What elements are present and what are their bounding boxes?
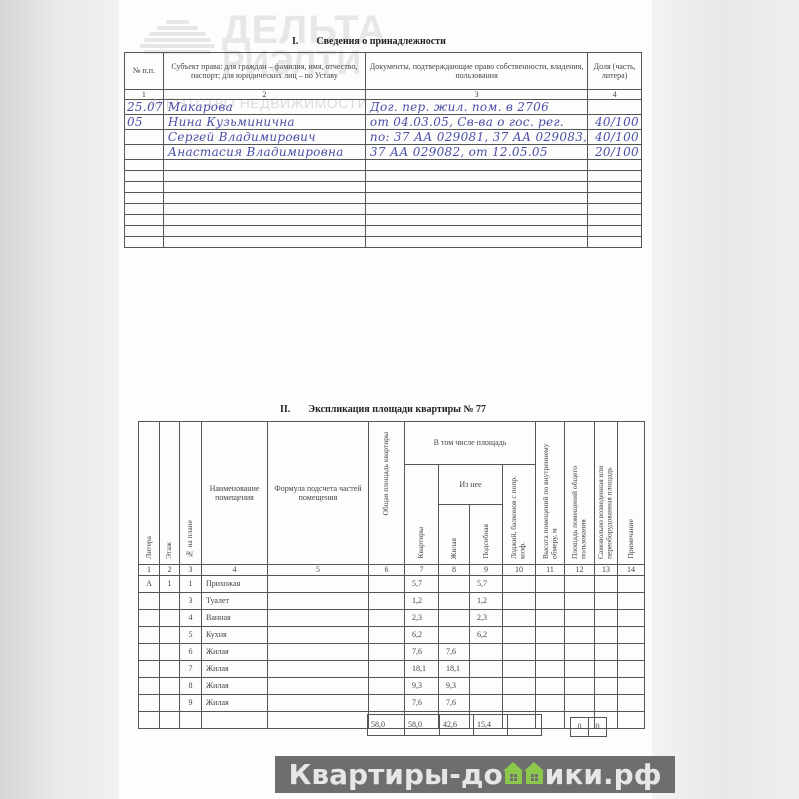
height-cell bbox=[536, 593, 565, 610]
auxiliary-area-sum: 15,4 bbox=[474, 715, 508, 736]
litera-cell bbox=[139, 627, 160, 644]
header-total-area: Общая площадь квартиры bbox=[369, 422, 405, 565]
empty-cell bbox=[163, 237, 365, 248]
handwritten-number: 25.07 bbox=[125, 100, 164, 115]
empty-cell bbox=[588, 204, 642, 215]
litera-cell bbox=[139, 678, 160, 695]
common-area-cell bbox=[565, 593, 595, 610]
empty-cell bbox=[588, 171, 642, 182]
total-area-cell bbox=[369, 678, 405, 695]
room-name-cell bbox=[202, 712, 268, 729]
living-area-cell: 9,3 bbox=[439, 678, 470, 695]
height-cell bbox=[536, 661, 565, 678]
auxiliary-area-cell: 2,3 bbox=[470, 610, 503, 627]
empty-cell bbox=[588, 237, 642, 248]
table-row-empty bbox=[125, 182, 642, 193]
empty-cell bbox=[125, 237, 164, 248]
empty-cell bbox=[588, 182, 642, 193]
table-row: 05 Нина Кузьминична от 04.03.05, Св-ва о… bbox=[125, 115, 642, 130]
formula-cell bbox=[268, 593, 369, 610]
index-cell: 2 bbox=[163, 90, 365, 100]
note-cell bbox=[618, 576, 645, 593]
empty-cell bbox=[163, 193, 365, 204]
empty-cell bbox=[163, 160, 365, 171]
header-plan-number: № на плане bbox=[180, 422, 202, 565]
handwritten-subject: Сергей Владимирович bbox=[163, 130, 365, 145]
header-auxiliary: Подсобная bbox=[470, 505, 503, 565]
total-area-cell bbox=[369, 593, 405, 610]
loggias-cell bbox=[503, 695, 536, 712]
plan-number-cell: 4 bbox=[180, 610, 202, 627]
formula-cell bbox=[268, 610, 369, 627]
unauthorized-area-cell bbox=[595, 610, 618, 627]
loggias-cell bbox=[503, 576, 536, 593]
litera-cell bbox=[139, 593, 160, 610]
empty-cell bbox=[365, 193, 587, 204]
unauthorized-area-cell bbox=[595, 593, 618, 610]
loggias-cell bbox=[503, 627, 536, 644]
common-area-cell bbox=[565, 661, 595, 678]
handwritten-document: 37 АА 029082, от 12.05.05 bbox=[365, 145, 587, 160]
header-loggias: Лоджий, балконов с попр. коэф. bbox=[503, 465, 536, 565]
column-index-cell: 3 bbox=[180, 565, 202, 576]
loggias-cell bbox=[503, 593, 536, 610]
apartment-area-cell: 5,7 bbox=[405, 576, 439, 593]
height-cell bbox=[536, 627, 565, 644]
empty-cell bbox=[365, 215, 587, 226]
empty-cell bbox=[125, 182, 164, 193]
table-row: 7Жилая18,118,1 bbox=[139, 661, 645, 678]
handwritten-share bbox=[588, 100, 642, 115]
header-note: Примечание bbox=[618, 422, 645, 565]
house-icon bbox=[524, 762, 545, 784]
column-index-cell: 8 bbox=[439, 565, 470, 576]
living-area-cell bbox=[439, 593, 470, 610]
auxiliary-area-cell: 1,2 bbox=[470, 593, 503, 610]
plan-number-cell: 9 bbox=[180, 695, 202, 712]
handwritten-share: 40/100 bbox=[588, 115, 642, 130]
litera-cell bbox=[139, 610, 160, 627]
handwritten-subject: Макарова bbox=[163, 100, 365, 115]
section1-number: I. bbox=[292, 36, 298, 47]
header-litera: Литера bbox=[139, 422, 160, 565]
header-unauthorized-area: Самовольно возведенная или переоборудова… bbox=[595, 422, 618, 565]
total-area-cell bbox=[369, 576, 405, 593]
living-area-cell: 7,6 bbox=[439, 695, 470, 712]
header-of-which: Из нее bbox=[439, 465, 503, 505]
apartment-area-cell: 2,3 bbox=[405, 610, 439, 627]
table-row: 4Ванная2,32,3 bbox=[139, 610, 645, 627]
header-formula: Формула подсчета частей помещения bbox=[268, 422, 369, 565]
handwritten-document: по: 37 АА 029081, 37 АА 029083, bbox=[365, 130, 587, 145]
totals-table: 58,0 58,0 42,6 15,4 bbox=[367, 714, 542, 736]
empty-cell bbox=[125, 160, 164, 171]
plan-number-cell: 1 bbox=[180, 576, 202, 593]
plan-number-cell: 5 bbox=[180, 627, 202, 644]
plan-number-cell: 3 bbox=[180, 593, 202, 610]
empty-cell bbox=[365, 204, 587, 215]
apartment-area-cell: 1,2 bbox=[405, 593, 439, 610]
header-height: Высота помещений по внутреннему обмеру, … bbox=[536, 422, 565, 565]
column-index-cell: 4 bbox=[202, 565, 268, 576]
index-cell: 4 bbox=[588, 90, 642, 100]
empty-cell bbox=[125, 193, 164, 204]
column-index-cell: 1 bbox=[139, 565, 160, 576]
column-index-cell: 5 bbox=[268, 565, 369, 576]
unauthorized-area-cell bbox=[595, 576, 618, 593]
plan-number-cell: 6 bbox=[180, 644, 202, 661]
ownership-table: № п.п. Субъект права: для граждан – фами… bbox=[124, 52, 642, 248]
column-index-cell: 10 bbox=[503, 565, 536, 576]
room-name-cell: Жилая bbox=[202, 695, 268, 712]
height-cell bbox=[536, 610, 565, 627]
note-cell bbox=[618, 695, 645, 712]
room-name-cell: Жилая bbox=[202, 661, 268, 678]
empty-cell bbox=[163, 215, 365, 226]
column-index-cell: 11 bbox=[536, 565, 565, 576]
loggias-area-sum bbox=[508, 715, 542, 736]
litera-cell bbox=[139, 712, 160, 729]
empty-cell bbox=[125, 215, 164, 226]
empty-cell bbox=[163, 171, 365, 182]
auxiliary-area-cell bbox=[470, 644, 503, 661]
table-row-empty bbox=[125, 160, 642, 171]
litera-cell bbox=[139, 644, 160, 661]
empty-cell bbox=[163, 204, 365, 215]
index-cell: 3 bbox=[365, 90, 587, 100]
formula-cell bbox=[268, 576, 369, 593]
empty-cell bbox=[588, 215, 642, 226]
table-row-empty bbox=[125, 204, 642, 215]
litera-cell bbox=[139, 695, 160, 712]
living-area-sum: 42,6 bbox=[440, 715, 474, 736]
apartment-area-cell: 6,2 bbox=[405, 627, 439, 644]
table-row: 5Кухня6,26,2 bbox=[139, 627, 645, 644]
plan-number-cell: 7 bbox=[180, 661, 202, 678]
unauthorized-area-cell bbox=[595, 661, 618, 678]
empty-cell bbox=[588, 193, 642, 204]
formula-cell bbox=[268, 695, 369, 712]
living-area-cell bbox=[439, 576, 470, 593]
handwritten-number bbox=[125, 145, 164, 160]
header-living: Жилая bbox=[439, 505, 470, 565]
floor-cell bbox=[160, 627, 180, 644]
common-area-cell bbox=[565, 627, 595, 644]
living-area-cell: 7,6 bbox=[439, 644, 470, 661]
section2-title: II.Экспликация площади квартиры № 77 bbox=[280, 404, 486, 415]
total-area-cell bbox=[369, 627, 405, 644]
common-area-cell bbox=[565, 678, 595, 695]
table-row: Сергей Владимирович по: 37 АА 029081, 37… bbox=[125, 130, 642, 145]
height-cell bbox=[536, 695, 565, 712]
floor-cell bbox=[160, 610, 180, 627]
common-area-cell bbox=[565, 695, 595, 712]
empty-cell bbox=[125, 204, 164, 215]
empty-cell bbox=[125, 226, 164, 237]
formula-cell bbox=[268, 661, 369, 678]
apartment-area-cell: 7,6 bbox=[405, 644, 439, 661]
site-watermark-banner: Квартиры-до ики.рф bbox=[275, 756, 675, 793]
index-cell: 1 bbox=[125, 90, 164, 100]
unauthorized-area-cell bbox=[595, 695, 618, 712]
auxiliary-area-cell bbox=[470, 678, 503, 695]
table-row: А11Прихожая5,75,7 bbox=[139, 576, 645, 593]
living-area-cell: 18,1 bbox=[439, 661, 470, 678]
handwritten-document: от 04.03.05, Св-ва о гос. рег. bbox=[365, 115, 587, 130]
floor-cell bbox=[160, 593, 180, 610]
note-cell bbox=[618, 627, 645, 644]
table-row: 25.07 Макарова Дог. пер. жил. пом. в 270… bbox=[125, 100, 642, 115]
handwritten-number bbox=[125, 130, 164, 145]
empty-cell bbox=[163, 182, 365, 193]
header-room-name: Наименование помещения bbox=[202, 422, 268, 565]
section2-number: II. bbox=[280, 404, 290, 415]
table-row: 3Туалет1,21,2 bbox=[139, 593, 645, 610]
unauthorized-area-sum: 0 bbox=[589, 718, 607, 737]
litera-cell: А bbox=[139, 576, 160, 593]
table-row-empty bbox=[125, 171, 642, 182]
total-area-cell bbox=[369, 661, 405, 678]
common-area-cell bbox=[565, 576, 595, 593]
section1-title: I.Сведения о принадлежности bbox=[292, 36, 446, 47]
living-area-cell bbox=[439, 610, 470, 627]
empty-cell bbox=[163, 226, 365, 237]
column-index-cell: 6 bbox=[369, 565, 405, 576]
room-name-cell: Жилая bbox=[202, 678, 268, 695]
header-subject: Субъект права: для граждан – фамилия, им… bbox=[163, 53, 365, 90]
table-row: 8Жилая9,39,3 bbox=[139, 678, 645, 695]
loggias-cell bbox=[503, 661, 536, 678]
unauthorized-area-cell bbox=[595, 627, 618, 644]
loggias-cell bbox=[503, 678, 536, 695]
unauthorized-area-cell bbox=[595, 678, 618, 695]
loggias-cell bbox=[503, 610, 536, 627]
handwritten-subject: Нина Кузьминична bbox=[163, 115, 365, 130]
litera-cell bbox=[139, 661, 160, 678]
total-area-sum: 58,0 bbox=[368, 715, 405, 736]
formula-cell bbox=[268, 678, 369, 695]
living-area-cell bbox=[439, 627, 470, 644]
handwritten-document: Дог. пер. жил. пом. в 2706 bbox=[365, 100, 587, 115]
apartment-area-cell: 7,6 bbox=[405, 695, 439, 712]
total-area-cell bbox=[369, 695, 405, 712]
empty-cell bbox=[588, 160, 642, 171]
common-area-sum: 0 bbox=[571, 718, 589, 737]
section1-heading: Сведения о принадлежности bbox=[316, 36, 445, 47]
header-share: Доля (часть, литера) bbox=[588, 53, 642, 90]
header-apartment: Квартиры bbox=[405, 465, 439, 565]
area-explication-table: Литера Этаж № на плане Наименование поме… bbox=[138, 421, 645, 729]
table-row-empty bbox=[125, 226, 642, 237]
empty-cell bbox=[588, 226, 642, 237]
banner-text-start: Квартиры-до bbox=[289, 758, 503, 791]
apartment-area-sum: 58,0 bbox=[405, 715, 440, 736]
handwritten-share: 40/100 bbox=[588, 130, 642, 145]
section2-heading: Экспликация площади квартиры № 77 bbox=[308, 404, 486, 415]
handwritten-number: 05 bbox=[125, 115, 164, 130]
table-row: 6Жилая7,67,6 bbox=[139, 644, 645, 661]
height-cell bbox=[536, 644, 565, 661]
column-index-cell: 7 bbox=[405, 565, 439, 576]
empty-cell bbox=[365, 160, 587, 171]
formula-cell bbox=[268, 712, 369, 729]
room-name-cell: Туалет bbox=[202, 593, 268, 610]
floor-cell bbox=[160, 712, 180, 729]
banner-text-end: ики.рф bbox=[545, 758, 662, 791]
note-cell bbox=[618, 593, 645, 610]
column-index-cell: 9 bbox=[470, 565, 503, 576]
column-index-cell: 14 bbox=[618, 565, 645, 576]
auxiliary-area-cell bbox=[470, 695, 503, 712]
total-area-cell bbox=[369, 644, 405, 661]
empty-cell bbox=[365, 171, 587, 182]
plan-number-cell: 8 bbox=[180, 678, 202, 695]
note-cell bbox=[618, 678, 645, 695]
column-index-cell: 13 bbox=[595, 565, 618, 576]
empty-cell bbox=[365, 226, 587, 237]
table-row-empty bbox=[125, 237, 642, 248]
note-cell bbox=[618, 712, 645, 729]
loggias-cell bbox=[503, 644, 536, 661]
handwritten-share: 20/100 bbox=[588, 145, 642, 160]
handwritten-subject: Анастасия Владимировна bbox=[163, 145, 365, 160]
unauthorized-area-cell bbox=[595, 644, 618, 661]
formula-cell bbox=[268, 644, 369, 661]
total-area-cell bbox=[369, 610, 405, 627]
floor-cell bbox=[160, 678, 180, 695]
header-including-area: В том числе площадь bbox=[405, 422, 536, 465]
common-area-cell bbox=[565, 644, 595, 661]
header-floor: Этаж bbox=[160, 422, 180, 565]
column-index-cell: 2 bbox=[160, 565, 180, 576]
floor-cell bbox=[160, 695, 180, 712]
apartment-area-cell: 9,3 bbox=[405, 678, 439, 695]
plan-number-cell bbox=[180, 712, 202, 729]
room-name-cell: Прихожая bbox=[202, 576, 268, 593]
note-cell bbox=[618, 661, 645, 678]
room-name-cell: Кухня bbox=[202, 627, 268, 644]
note-cell bbox=[618, 610, 645, 627]
auxiliary-area-cell: 6,2 bbox=[470, 627, 503, 644]
empty-cell bbox=[365, 182, 587, 193]
header-number: № п.п. bbox=[125, 53, 164, 90]
header-documents: Документы, подтверждающие право собствен… bbox=[365, 53, 587, 90]
header-common-area: Площадь помещений общего пользования bbox=[565, 422, 595, 565]
house-icon bbox=[503, 762, 524, 784]
note-cell bbox=[618, 644, 645, 661]
column-index-row: 1234567891011121314 bbox=[139, 565, 645, 576]
height-cell bbox=[536, 678, 565, 695]
table-row-empty bbox=[125, 193, 642, 204]
floor-cell bbox=[160, 661, 180, 678]
formula-cell bbox=[268, 627, 369, 644]
auxiliary-area-cell: 5,7 bbox=[470, 576, 503, 593]
room-name-cell: Ванная bbox=[202, 610, 268, 627]
auxiliary-area-cell bbox=[470, 661, 503, 678]
common-area-cell bbox=[565, 610, 595, 627]
room-name-cell: Жилая bbox=[202, 644, 268, 661]
table-row: 9Жилая7,67,6 bbox=[139, 695, 645, 712]
table-row: Анастасия Владимировна 37 АА 029082, от … bbox=[125, 145, 642, 160]
height-cell bbox=[536, 576, 565, 593]
apartment-area-cell: 18,1 bbox=[405, 661, 439, 678]
table-row-empty bbox=[125, 215, 642, 226]
totals-table-extra: 0 0 bbox=[570, 717, 607, 737]
floor-cell bbox=[160, 644, 180, 661]
empty-cell bbox=[365, 237, 587, 248]
floor-cell: 1 bbox=[160, 576, 180, 593]
column-index-cell: 12 bbox=[565, 565, 595, 576]
empty-cell bbox=[125, 171, 164, 182]
